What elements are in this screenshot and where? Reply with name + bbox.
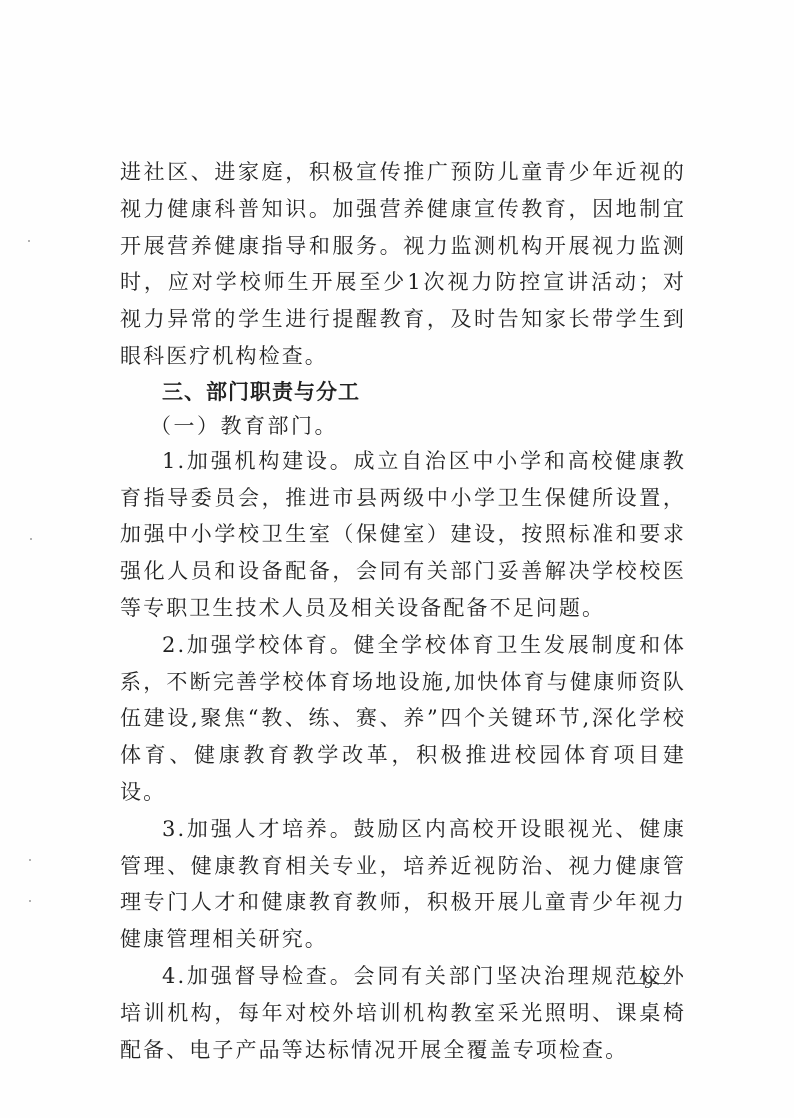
subsection-heading: （一）教育部门。 (120, 409, 686, 443)
scan-speck (30, 538, 32, 540)
paragraph-item-3: 3.加强人才培养。鼓励区内高校开设眼视光、健康管理、健康教育相关专业，培养近视防… (120, 811, 686, 958)
scan-speck (29, 900, 31, 902)
section-heading: 三、部门职责与分工 (120, 375, 686, 409)
paragraph-item-1: 1.加强机构建设。成立自治区中小学和高校健康教育指导委员会，推进市县两级中小学卫… (120, 443, 686, 627)
document-page: 进社区、进家庭，积极宣传推广预防儿童青少年近视的视力健康科普知识。加强营养健康宣… (0, 0, 794, 1118)
paragraph-item-2: 2.加强学校体育。健全学校体育卫生发展制度和体系，不断完善学校体育场地设施,加快… (120, 627, 686, 811)
scan-speck (29, 859, 31, 861)
scan-speck (28, 240, 30, 242)
page-number: —9— (626, 972, 671, 993)
document-body: 进社区、进家庭，积极宣传推广预防儿童青少年近视的视力健康科普知识。加强营养健康宣… (120, 154, 686, 1068)
paragraph-continuation: 进社区、进家庭，积极宣传推广预防儿童青少年近视的视力健康科普知识。加强营养健康宣… (120, 154, 686, 375)
paragraph-item-4: 4.加强督导检查。会同有关部门坚决治理规范校外培训机构，每年对校外培训机构教室采… (120, 958, 686, 1068)
